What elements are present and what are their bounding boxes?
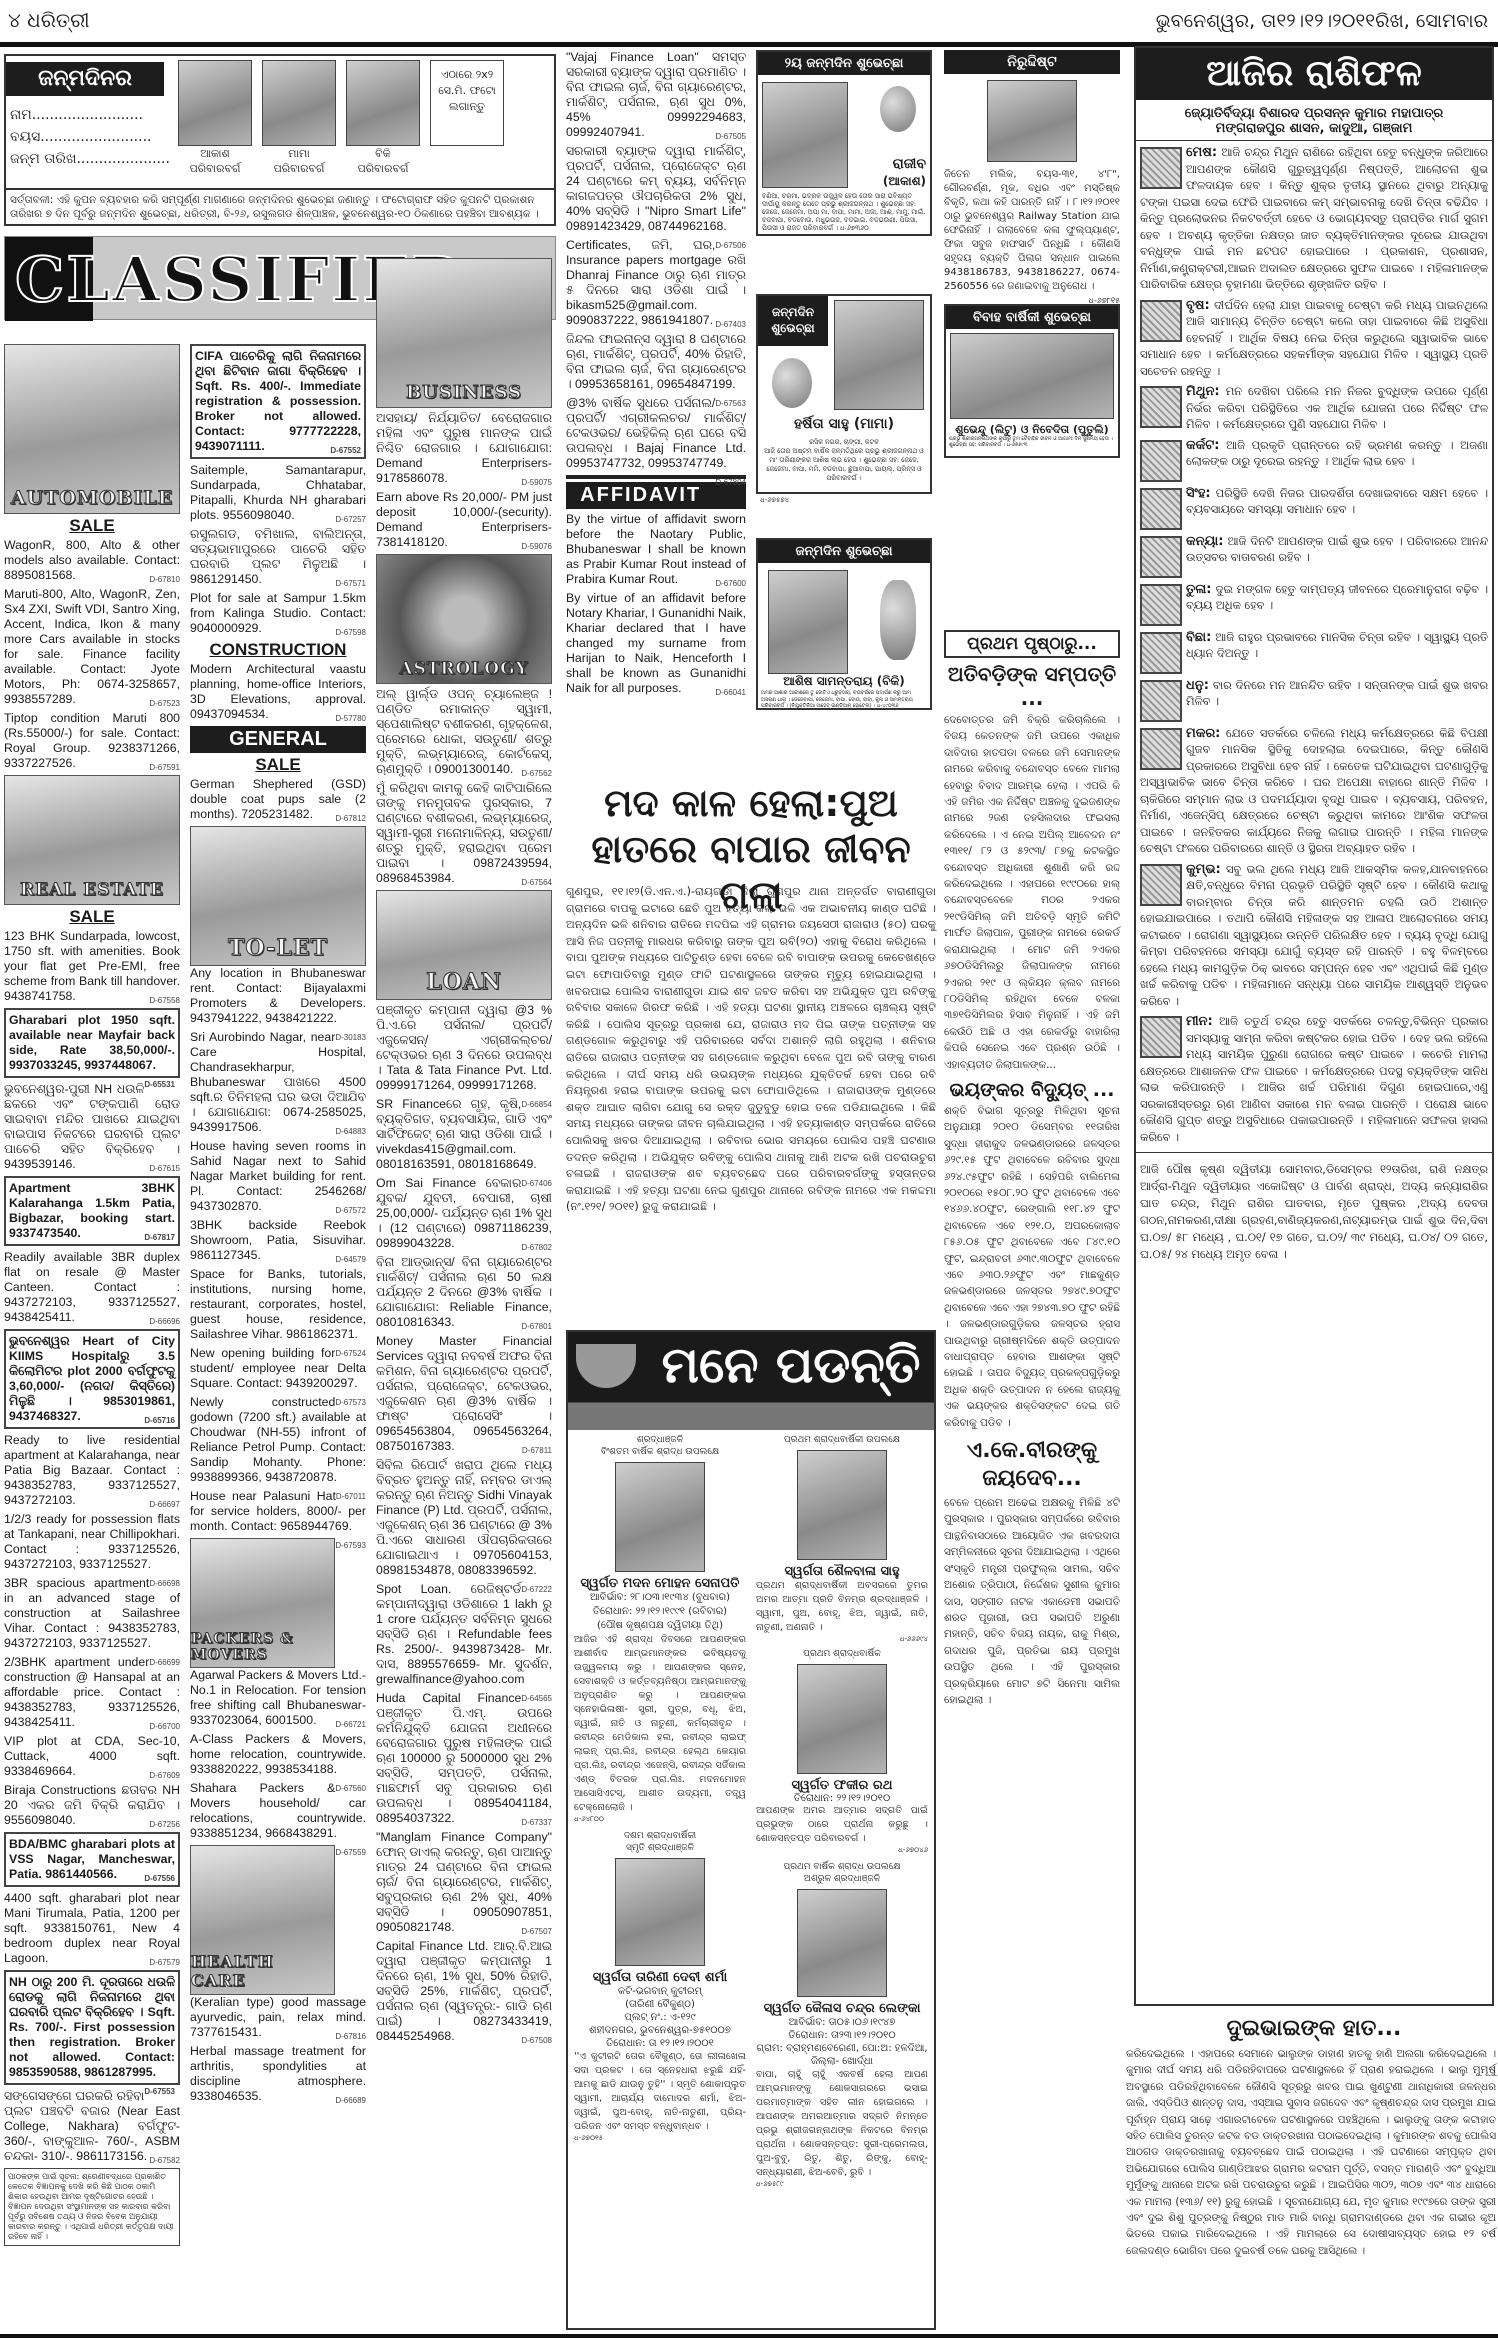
classified-col-1: AUTOMOBILE SALE WagonR, 800, Alto & othe…: [4, 344, 180, 2246]
classified-ad: NH ଠାରୁ 200 ମି. ଦୂରତାରେ ଧଉଳି ରୋଡକୁ ଲାଗି …: [4, 1970, 180, 2085]
classified-ad: Plot for sale at Sampur 1.5km from Kalin…: [190, 591, 366, 636]
classified-ad: ଭୁବନେଶ୍ୱର-ପୁରୀ NH ଧଉଳି ଛକରେ ଏବଂ ଟଙ୍କପାଣି…: [4, 1082, 180, 1172]
rashi-entry: ବିଛା: ଆଜି ରାହୁର ପ୍ରଭାବରେ ମାନସିକ ଚିନ୍ତା ର…: [1140, 630, 1488, 674]
classified-ad: Gharabari plot 1950 sqft. available near…: [4, 1008, 180, 1078]
zodiac-sign-icon: [1140, 300, 1182, 342]
classified-ad: ଅସହାୟ/ ନିର୍ଯ୍ୟାତିତ/ ବେରୋଜଗାର ମହିଳା ଏବଂ ପ…: [376, 411, 552, 486]
zodiac-sign-icon: [1140, 728, 1182, 770]
portrait-photo: [615, 1462, 705, 1572]
zodiac-sign-icon: [1140, 536, 1182, 578]
zodiac-sign-icon: [1140, 1016, 1182, 1058]
business-ad-list: ଅସହାୟ/ ନିର୍ଯ୍ୟାତିତ/ ବେରୋଜଗାର ମହିଳା ଏବଂ ପ…: [376, 411, 552, 550]
rashi-entry: ମିଥୁନ: ମନ ଦେଖିବା ପରିଲେ ମନ ନିଜର ବୁଦ୍ଧିଙ୍କ…: [1140, 384, 1488, 434]
coupon-terms: ସର୍ତ୍ତାବଳୀ: ଏହି କୁପନ ବ୍ୟବହାର କରି ସମ୍ପୂର୍…: [6, 188, 554, 224]
classified-ad: ଭୁବନେଶ୍ୱର Heart of City KIIMS Hospitalରୁ…: [4, 1329, 180, 1429]
balloon-icon: [880, 86, 916, 132]
classified-ad: House having seven rooms in Sahid Nagar …: [190, 1139, 366, 1214]
coupon-photo-2: ମାମା ପରିବାରବର୍ଗ: [262, 60, 336, 176]
obituary-section: ମନେ ପଡନ୍ତି ଶ୍ରଦ୍ଧାଞ୍ଜଳି ବିଂଶତମ ବାର୍ଷିକ ଶ…: [566, 1330, 936, 2330]
classified-col-3: BUSINESS ଅସହାୟ/ ନିର୍ଯ୍ୟାତିତ/ ବେରୋଜଗାର ମହ…: [376, 258, 552, 2048]
section-general: GENERAL: [190, 726, 366, 753]
child-photo: [346, 60, 420, 146]
packers-image: PACKERS & MOVERS: [190, 1538, 335, 1668]
balloon-icon: [772, 358, 812, 408]
rashi-entry: କନ୍ୟା: ଆଜି ଦିନଟି ଆପଣଙ୍କ ପାଇଁ ଶୁଭ ହେବ । ପ…: [1140, 534, 1488, 578]
classified-ad: "Manglam Finance Company" ଫୋନ୍ ଡାଏଲ୍ କରନ…: [376, 1830, 552, 1935]
classified-ad: 1/2/3 ready for possession flats at Tank…: [4, 1512, 180, 1572]
classified-ad: Ready to live residential apartment at K…: [4, 1433, 180, 1508]
loan-image: LOAN: [376, 890, 552, 1000]
footer-rule: [0, 2334, 1498, 2338]
section-sale: SALE: [4, 907, 180, 927]
classified-ad: 123 BHK Sundarpada, lowcost, 1750 sft. w…: [4, 929, 180, 1004]
rashi-entry: ବୃଷ: ଦୀର୍ଘଦିନ ହେଲା ଯାହା ପାଇବାକୁ ଚେଷ୍ଟା କ…: [1140, 298, 1488, 381]
astrology-ad-list: ଅଲ୍ ୱାର୍ଲ୍ଡ ଓପନ୍ ଚ୍ୟାଲେଞ୍ଜ ! ପଣ୍ଡିତ ରମାକ…: [376, 687, 552, 886]
rashi-entry: ମେଷ: ଆଜି ଚନ୍ଦ୍ର ମିଥୁନ ରାଶିରେ ରହିଥିବା ହେତ…: [1140, 145, 1488, 294]
child-photo: [762, 82, 848, 188]
classified-ad: ସିବିଲ ରିପୋର୍ଟ ଖରାପ ଥିଲେ ମଧ୍ୟ ବିବ୍ରତ ହୁଅନ…: [376, 1458, 552, 1578]
lamp-icon: [576, 1344, 636, 1388]
rashi-entry: ଧନୁ: ବାର ଦିନରେ ମନ ଆନନ୍ଦିତ ରହିବ । ସନ୍ତାନଙ…: [1140, 678, 1488, 722]
classified-ad: Modern Architectural vaastu planning, ho…: [190, 662, 366, 722]
zodiac-sign-icon: [1140, 386, 1182, 428]
section-construction: CONSTRUCTION: [190, 640, 366, 660]
auto-ad-list: WagonR, 800, Alto & other models also av…: [4, 538, 180, 771]
rashi-list: ମେଷ: ଆଜି ଚନ୍ଦ୍ର ମିଥୁନ ରାଶିରେ ରହିଥିବା ହେତ…: [1136, 141, 1492, 1146]
zodiac-sign-icon: [1140, 440, 1182, 482]
classified-ad: 4400 sqft. gharabari plot near Mani Tiru…: [4, 1891, 180, 1966]
section-sale: SALE: [4, 516, 180, 536]
classified-ad: Spot Loan. ରେଜିଷ୍ଟର୍ଡ କମ୍ପାନୀଦ୍ୱାରା ଓଡିଶ…: [376, 1582, 552, 1687]
reader-notice: ପାଠକଙ୍କ ପାଇଁ ସୂଚନା: ଶ୍ରେଣୀବଦ୍ଧରେ ପ୍ରକାଶି…: [4, 2168, 180, 2246]
coupon-photo-3: ବିକି ପରିବାରବର୍ଗ: [346, 60, 420, 176]
person-photo: [987, 80, 1077, 162]
classified-ad: ରସୁଲଗଡ, ବମିଖାଲ, ବାଲିଅନ୍ତା, ସତ୍ୟଭାମାପୁରରେ…: [190, 527, 366, 587]
classified-ad: VIP plot at CDA, Sec-10, Cuttack, 4000 s…: [4, 1734, 180, 1779]
classified-ad: ମୁଁ କରିଥିବା କାମକୁ କେହି କାଟିପାରିଲେ ତାଙ୍କୁ…: [376, 781, 552, 886]
classified-ad: Money Master Financial Services ଦ୍ୱାରା ନ…: [376, 1334, 552, 1454]
rashi-entry: ମୀନ: ଆଜି ଚତୁର୍ଥ ଚନ୍ଦ୍ର ହେତୁ ସତର୍କରେ ଚଳନ୍…: [1140, 1014, 1488, 1146]
classified-ad: Sri Aurobindo Nagar, near Care Hospital,…: [190, 1030, 366, 1135]
rashi-entry: କର୍କଟ: ଆଜି ପ୍ରକୃତି ପ୍ରାନ୍ତରେ ରହି ଭ୍ରମଣ କ…: [1140, 438, 1488, 482]
classified-ad: Saitemple, Samantarapur, Sundarpada, Chh…: [190, 463, 366, 523]
zodiac-sign-icon: [1140, 864, 1182, 906]
packers-ad-list: Agarwal Packers & Movers Ltd.- No.1 in R…: [190, 1668, 366, 1841]
astrology-image: ASTROLOGY: [376, 554, 552, 684]
classified-ad: Apartment 3BHK Kalarahanga 1.5km Patia, …: [4, 1176, 180, 1246]
classified-ad: Tiptop condition Maruti 800 (Rs.55000/-)…: [4, 711, 180, 771]
anniversary-greeting: ବିବାହ ବାର୍ଷିକୀ ଶୁଭେଚ୍ଛା ଶୁଭେନ୍ଦୁ (ଲିଟୁ) …: [944, 304, 1120, 458]
classified-ad: 3BHK backside Reebok Showroom, Patia, Si…: [190, 1218, 366, 1263]
obituary-entry: ଶ୍ରଦ୍ଧାଞ୍ଜଳି ବିଂଶତମ ବାର୍ଷିକ ଶ୍ରାଦ୍ଧ ଉପଲକ…: [574, 1434, 746, 1458]
real-estate-image: REAL ESTATE: [4, 775, 180, 905]
classified-ad: ପଞ୍ଜୀକୃତ କମ୍ପାନୀ ଦ୍ୱାରା @3 % ପି.ଏ.ରେ ପର୍…: [376, 1003, 552, 1093]
section-sale: SALE: [190, 755, 366, 775]
classified-ad: German Shephered (GSD) double coat pups …: [190, 777, 366, 822]
obituary-banner: ମନେ ପଡନ୍ତି: [568, 1332, 934, 1430]
classified-ad: A-Class Packers & Movers, home relocatio…: [190, 1732, 366, 1777]
classified-ad: ଜିନ୍ଦଲ ଫାଇନାନ୍ସ ଦ୍ୱାରା 8 ଘଣ୍ଟାରେ ଋଣ, ମାର…: [566, 332, 746, 392]
portrait-photo: [797, 1664, 887, 1774]
classified-ad: Maruti-800, Alto, WagonR, Zen, Sx4 ZXI, …: [4, 587, 180, 707]
zodiac-sign-icon: [1140, 584, 1182, 626]
classified-ad: Readily available 3BR duplex flat on res…: [4, 1250, 180, 1325]
classified-ad: Capital Finance Ltd. ଆର୍.ବି.ଆଇ ଦ୍ୱାରା ପଞ…: [376, 1939, 552, 2044]
coupon-name-field[interactable]: ନାମ.........................: [10, 104, 170, 126]
greeting-box-ashish: ଜନ୍ମଦିନ ଶୁଭେଚ୍ଛା ଆଶିଷ ସାମନ୍ତରାୟ (ବିକି) ଅ…: [756, 538, 932, 710]
zodiac-sign-icon: [1140, 680, 1182, 722]
classified-col-2: CIFA ପାଚେରିକୁ ଲାଗି ନିଜନାମରେ ଥିବା ଛିଟିବାନ…: [190, 344, 366, 2108]
classified-ad: Agarwal Packers & Movers Ltd.- No.1 in R…: [190, 1668, 366, 1728]
business-image: BUSINESS: [376, 258, 552, 408]
classified-ad: Earn above Rs 20,000/- PM just deposit 1…: [376, 490, 552, 550]
front-page-continuations: ପ୍ରଥମ ପୃଷ୍ଠାରୁ... ଅତିବଡ଼ିଙ୍କ ସମ୍ପତ୍ତି ..…: [944, 630, 1120, 1708]
coupon-title: ଜନ୍ମଦିନର ଶୁଭେଚ୍ଛା: [6, 62, 164, 96]
affidavit-ad-list: By the virtue of affidavit sworn before …: [566, 512, 746, 696]
coupon-photo-1: ଆକାଶ ପରିବାରବର୍ଗ: [178, 60, 252, 176]
classified-ad: "Vajaj Finance Loan" ସମସ୍ତ ସରକାରୀ ବ୍ୟାଙ୍…: [566, 50, 746, 140]
greeting-box-harshita: ଜନ୍ମଦିନ ଶୁଭେଚ୍ଛା ହର୍ଷିତା ସାହୁ (ମାମା) ରସି…: [756, 294, 932, 494]
loan-ad-list: ପଞ୍ଜୀକୃତ କମ୍ପାନୀ ଦ୍ୱାରା @3 % ପି.ଏ.ରେ ପର୍…: [376, 1003, 552, 2044]
birthday-coupon: ଜନ୍ମଦିନର ଶୁଭେଚ୍ଛା ନାମ...................…: [4, 54, 556, 226]
classified-ad: ଅଲ୍ ୱାର୍ଲ୍ଡ ଓପନ୍ ଚ୍ୟାଲେଞ୍ଜ ! ପଣ୍ଡିତ ରମାକ…: [376, 687, 552, 777]
coupon-age-field[interactable]: ବୟସ.........................: [10, 126, 170, 148]
horoscope-section: ଆଜିର ରାଶିଫଳ ଜ୍ୟୋତିର୍ବିଦ୍ୟା ବିଶାରଦ ପ୍ରସନ୍…: [1134, 46, 1494, 2006]
classified-ad: Biraja Constructions ଛତାବର NH 20 ଏକର ଜମି…: [4, 1783, 180, 1828]
rashi-entry: ତୁଳା: ଦୁଇ ମଙ୍ଗଳ ହେତୁ ଦାମ୍ପତ୍ୟ ଜୀବନରେ ପ୍ର…: [1140, 582, 1488, 626]
panjika: ଆଜି ପୌଷ କୃଷ୍ଣ ଦ୍ୱିତୀୟା ସୋମବାର,ଡିସେମ୍ବର ୧…: [1136, 1152, 1492, 1271]
classified-ad: By the virtue of affidavit sworn before …: [566, 512, 746, 587]
obituary-column-right: ପ୍ରଥମ ଶ୍ରାଦ୍ଧବାର୍ଷିକୀ ଉପଲକ୍ଷେ ସ୍ୱର୍ଗତା ଶ…: [756, 1434, 928, 2189]
missing-person-notice: ନିରୁଦ୍ଦିଷ୍ଟ ଜିତେନ ମଲିକ, ବୟସ-୩୧, ୪'୮", ଗୌ…: [944, 50, 1120, 308]
health-ad-list: (Keralian type) good massage ayurvedic, …: [190, 1995, 366, 2104]
horoscope-title: ଆଜିର ରାଶିଫଳ: [1136, 48, 1492, 100]
obituary-column-left: ଶ୍ରଦ୍ଧାଞ୍ଜଳି ବିଂଶତମ ବାର୍ଷିକ ଶ୍ରାଦ୍ଧ ଉପଲକ…: [574, 1434, 746, 2189]
zodiac-sign-icon: [1140, 488, 1182, 530]
zodiac-sign-icon: [1140, 632, 1182, 674]
health-care-image: HEALTH CARE: [190, 1845, 335, 1995]
page-label: ୪ ଧରିତ୍ରୀ: [8, 8, 90, 32]
tolet-image: TO-LET: [190, 826, 366, 966]
couple-photo: [950, 333, 1114, 419]
person-photo: [768, 570, 848, 674]
classified-ad: WagonR, 800, Alto & other models also av…: [4, 538, 180, 583]
classified-ad: Herbal massage treatment for arthritis, …: [190, 2044, 366, 2104]
portrait-photo: [615, 1858, 705, 1966]
greeting-box-rajiv: ୨ୟ ଜନ୍ମଦିନ ଶୁଭେଚ୍ଛା ରାଜୀବ (ଆକାଶ) ବଣିଆ, ଚ…: [756, 50, 932, 236]
photo-slot: ଏଠାରେ ୨x୨ ସେ.ମି. ଫଟୋ ଲଗାନ୍ତୁ: [430, 60, 504, 146]
tolet-ad-list: Any location in Bhubaneswar rent. Contac…: [190, 966, 366, 1534]
col2-ad-list: CIFA ପାଚେରିକୁ ଲାଗି ନିଜନାମରେ ଥିବା ଛିଟିବାନ…: [190, 344, 366, 636]
classified-col-4: "Vajaj Finance Loan" ସମସ୍ତ ସରକାରୀ ବ୍ୟାଙ୍…: [566, 50, 746, 700]
classified-ad: Huda Capital Finance ପଞ୍ଜୀକୃତ ପି.ଏମ୍. ଉପ…: [376, 1691, 552, 1826]
rashi-entry: କୁମ୍ଭ: ସବୁ ଭଲ ଥିଲେ ମଧ୍ୟ ଆଜି ଆକସ୍ମିକ କଳହ,…: [1140, 862, 1488, 1011]
classified-ad: ସଙ୍ଗେସଙ୍ଗେ ଘରକରି ରହିବା ପ୍ଲଟ ପଞ୍ଚବଟି ବଜାର…: [4, 2089, 180, 2164]
child-photo: [262, 60, 336, 146]
finance-ad-list: "Vajaj Finance Loan" ସମସ୍ତ ସରକାରୀ ବ୍ୟାଙ୍…: [566, 50, 746, 471]
classified-ad: (Keralian type) good massage ayurvedic, …: [190, 1995, 366, 2040]
location-date: ଭୁବନେଶ୍ୱର, ତା୧୨।୧୨।୨୦୧୧ରିଖ, ସୋମବାର: [1156, 10, 1488, 32]
classified-ad: Any location in Bhubaneswar rent. Contac…: [190, 966, 366, 1026]
real-estate-ad-list: 123 BHK Sundarpada, lowcost, 1750 sft. w…: [4, 929, 180, 2164]
portrait-photo: [797, 1450, 887, 1560]
classified-ad: BDA/BMC gharabari plots at VSS Nagar, Ma…: [4, 1832, 180, 1887]
portrait-photo: [797, 1889, 887, 1997]
classified-ad: By virtue of an affidavit before Notary …: [566, 591, 746, 696]
classified-ad: ବିନା ଆଡ୍‌ଭାନ୍ସ/ ବିନା ଗ୍ୟାରେଣ୍ଟର ମାର୍କଶିଟ…: [376, 1255, 552, 1330]
rashi-entry: ସିଂହ: ପରିସ୍ଥିତି ଦେଖି ନିଜର ପାରଦର୍ଶିତା ଦେଖ…: [1140, 486, 1488, 530]
balloon-icon: [880, 580, 916, 660]
child-photo: [178, 60, 252, 146]
child-photo: [834, 300, 924, 410]
rashi-entry: ମକର: ଯେତେ ସତର୍କରେ ଚଳିଲେ ମଧ୍ୟ କର୍ମକ୍ଷେତ୍ର…: [1140, 726, 1488, 858]
classified-ad: CIFA ପାଚେରିକୁ ଲାଗି ନିଜନାମରେ ଥିବା ଛିଟିବାନ…: [190, 344, 366, 459]
main-article-body: ଗୁଣପୁର, ୧୧।୧୨(ଡି.ଏନ.ଏ.)-ରାୟଗଡା ଜିଲା ଗୁଣପ…: [566, 884, 936, 1216]
zodiac-sign-icon: [1140, 147, 1182, 189]
coupon-dob-field[interactable]: ଜନ୍ମ ତାରିଖ.....................: [10, 148, 170, 170]
classified-ad: ସରକାରୀ ବ୍ୟାଙ୍କ ଦ୍ୱାରା ମାର୍କଶିଟ୍, ପ୍ରପର୍ଟ…: [566, 144, 746, 234]
front-page-label: ପ୍ରଥମ ପୃଷ୍ଠାରୁ...: [944, 630, 1120, 658]
classified-ad: Space for Banks, tutorials, institutions…: [190, 1267, 366, 1342]
automobile-image: AUTOMOBILE: [4, 344, 180, 514]
